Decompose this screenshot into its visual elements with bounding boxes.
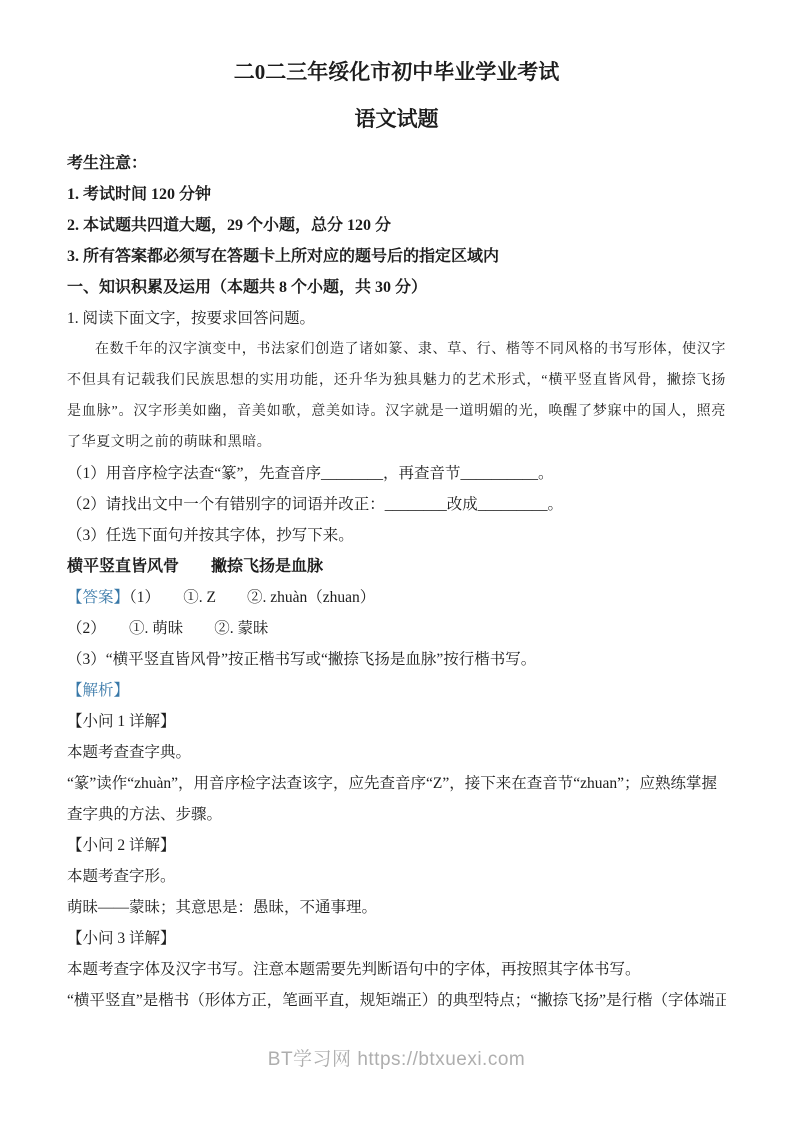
answer-line-3: （3）“横平竖直皆风骨”按正楷书写或“撇捺飞扬是血脉”按行楷书写。	[67, 644, 726, 675]
detail-heading-2: 【小问 2 详解】	[67, 830, 726, 861]
answer-label: 【答案】	[67, 589, 129, 606]
detail-3-paragraph-2: “横平竖直”是楷书（形体方正，笔画平直，规矩端正）的典型特点；“撇捺飞扬”是行楷…	[67, 985, 726, 1016]
page-title: 二0二三年绥化市初中毕业学业考试	[67, 58, 726, 86]
notice-item-2: 2. 本试题共四道大题，29 个小题，总分 120 分	[67, 210, 726, 241]
question-stem: 1. 阅读下面文字，按要求回答问题。	[67, 303, 726, 334]
detail-1-paragraph-2: “篆”读作“zhuàn”，用音序检字法查该字，应先查音序“Z”，接下来在查音节“…	[67, 768, 726, 830]
detail-3-paragraph-1: 本题考查字体及汉字书写。注意本题需要先判断语句中的字体，再按照其字体书写。	[67, 954, 726, 985]
copy-practice-line: 横平竖直皆风骨 撇捺飞扬是血脉	[67, 551, 726, 582]
detail-heading-1: 【小问 1 详解】	[67, 706, 726, 737]
answer-line-1: 【答案】（1） ①. Z ②. zhuàn（zhuan）	[67, 582, 726, 613]
sub-question-2: （2）请找出文中一个有错别字的词语并改正：________改成_________…	[67, 489, 726, 520]
detail-heading-3: 【小问 3 详解】	[67, 923, 726, 954]
sub-question-1: （1）用音序检字法查“篆”，先查音序________，再查音节_________…	[67, 458, 726, 489]
notice-item-1: 1. 考试时间 120 分钟	[67, 179, 726, 210]
detail-2-paragraph-1: 本题考查字形。	[67, 861, 726, 892]
question-passage: 在数千年的汉字演变中，书法家们创造了诸如篆、隶、草、行、楷等不同风格的书写形体，…	[67, 334, 726, 458]
section-heading: 一、知识积累及运用（本题共 8 个小题，共 30 分）	[67, 272, 726, 303]
answer-line-2: （2） ①. 萌昧 ②. 蒙昧	[67, 613, 726, 644]
analysis-label: 【解析】	[67, 675, 726, 706]
exam-subject-title: 语文试题	[67, 105, 726, 133]
detail-1-paragraph-1: 本题考查查字典。	[67, 737, 726, 768]
document-body: 考生注意： 1. 考试时间 120 分钟 2. 本试题共四道大题，29 个小题，…	[67, 148, 726, 1016]
sub-question-3: （3）任选下面句并按其字体，抄写下来。	[67, 520, 726, 551]
exam-document-page: 二0二三年绥化市初中毕业学业考试 语文试题 考生注意： 1. 考试时间 120 …	[0, 0, 793, 1122]
answer-line-1-text: （1） ①. Z ②. zhuàn（zhuan）	[129, 589, 375, 606]
notice-item-3: 3. 所有答案都必须写在答题卡上所对应的题号后的指定区域内	[67, 241, 726, 272]
notice-heading: 考生注意：	[67, 148, 726, 179]
watermark-footer: BT学习网 https://btxuexi.com	[0, 1044, 793, 1071]
detail-2-paragraph-2: 萌昧——蒙昧；其意思是：愚昧，不通事理。	[67, 892, 726, 923]
